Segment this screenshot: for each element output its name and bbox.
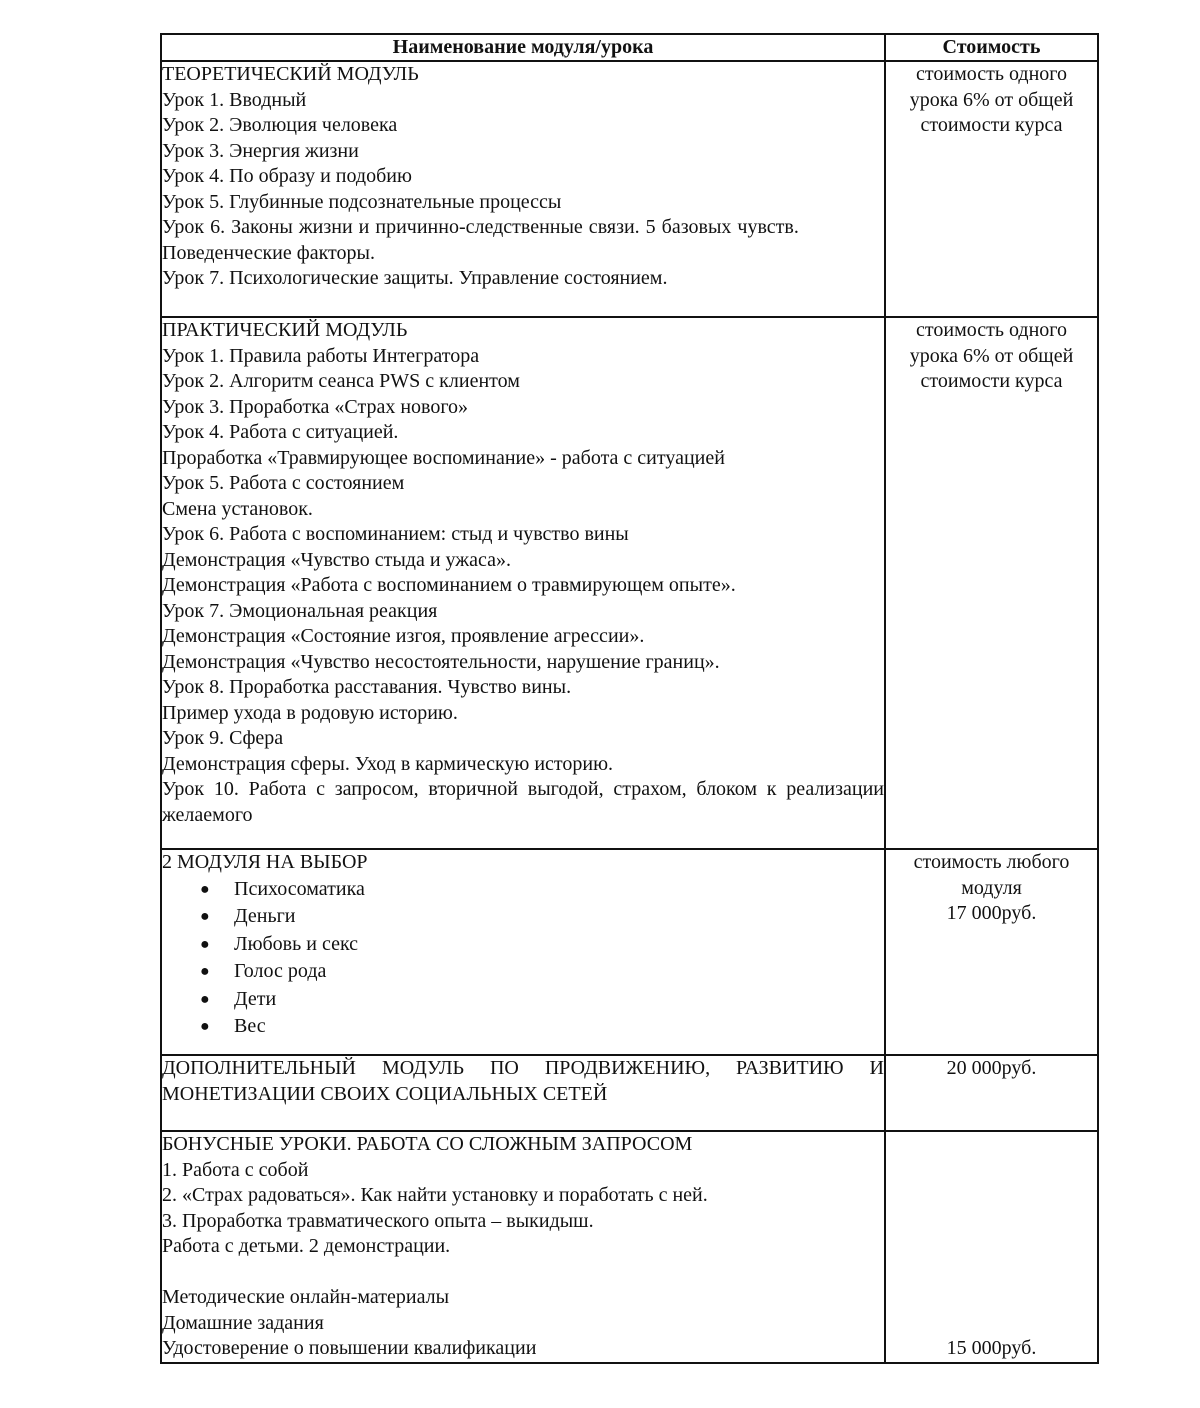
lesson-item: Урок 1. Правила работы Интегратора bbox=[162, 344, 884, 370]
practice-module-cell: ПРАКТИЧЕСКИЙ МОДУЛЬ Урок 1. Правила рабо… bbox=[161, 317, 885, 849]
extra-module-title: ДОПОЛНИТЕЛЬНЫЙ МОДУЛЬ ПО ПРОДВИЖЕНИЮ, РА… bbox=[162, 1056, 884, 1107]
lesson-item: Урок 7. Психологические защиты. Управлен… bbox=[162, 266, 884, 292]
lesson-item: Урок 3. Проработка «Страх нового» bbox=[162, 395, 884, 421]
extra-module-cell: ДОПОЛНИТЕЛЬНЫЙ МОДУЛЬ ПО ПРОДВИЖЕНИЮ, РА… bbox=[161, 1055, 885, 1131]
practice-price-cell: стоимость одного урока 6% от общей стоим… bbox=[885, 317, 1098, 849]
lesson-item: Пример ухода в родовую историю. bbox=[162, 701, 884, 727]
table-row-choice: 2 МОДУЛЯ НА ВЫБОР ●Психосоматика ●Деньги… bbox=[161, 849, 1098, 1055]
extra-price: 20 000руб. bbox=[886, 1056, 1097, 1082]
choice-module-cell: 2 МОДУЛЯ НА ВЫБОР ●Психосоматика ●Деньги… bbox=[161, 849, 885, 1055]
lesson-item: Урок 2. Эволюция человека bbox=[162, 113, 884, 139]
option-label: Голос рода bbox=[234, 958, 326, 986]
bonus-price-cell: 15 000руб. bbox=[885, 1131, 1098, 1363]
practice-module-title: ПРАКТИЧЕСКИЙ МОДУЛЬ bbox=[162, 318, 884, 344]
bullet-icon: ● bbox=[200, 958, 234, 986]
lesson-item: Урок 9. Сфера bbox=[162, 726, 884, 752]
header-cost: Стоимость bbox=[885, 34, 1098, 61]
bullet-icon: ● bbox=[200, 1013, 234, 1041]
option-label: Деньги bbox=[234, 903, 296, 931]
list-item: ●Вес bbox=[200, 1013, 884, 1041]
bullet-icon: ● bbox=[200, 903, 234, 931]
lesson-item: Урок 2. Алгоритм сеанса PWS с клиентом bbox=[162, 369, 884, 395]
lesson-item: Урок 7. Эмоциональная реакция bbox=[162, 599, 884, 625]
header-row: Наименование модуля/урока Стоимость bbox=[161, 34, 1098, 61]
option-label: Любовь и секс bbox=[234, 931, 358, 959]
header-module-name: Наименование модуля/урока bbox=[161, 34, 885, 61]
practice-price: стоимость одного урока 6% от общей стоим… bbox=[886, 318, 1097, 395]
lesson-item: 1. Работа с собой bbox=[162, 1158, 884, 1184]
lesson-item: Работа с детьми. 2 демонстрации. bbox=[162, 1234, 884, 1260]
bonus-extra-item: Домашние задания bbox=[162, 1311, 884, 1337]
bullet-icon: ● bbox=[200, 931, 234, 959]
option-label: Вес bbox=[234, 1013, 266, 1041]
lesson-item: Демонстрация сферы. Уход в кармическую и… bbox=[162, 752, 884, 778]
choice-module-title: 2 МОДУЛЯ НА ВЫБОР bbox=[162, 850, 884, 876]
bullet-icon: ● bbox=[200, 876, 234, 904]
list-item: ●Психосоматика bbox=[200, 876, 884, 904]
lesson-item: Урок 6. Законы жизни и причинно-следстве… bbox=[162, 215, 884, 241]
table-row-theory: ТЕОРЕТИЧЕСКИЙ МОДУЛЬ Урок 1. Вводный Уро… bbox=[161, 61, 1098, 317]
theory-module-cell: ТЕОРЕТИЧЕСКИЙ МОДУЛЬ Урок 1. Вводный Уро… bbox=[161, 61, 885, 317]
lesson-item: 2. «Страх радоваться». Как найти установ… bbox=[162, 1183, 884, 1209]
option-label: Психосоматика bbox=[234, 876, 365, 904]
bonus-module-title: БОНУСНЫЕ УРОКИ. РАБОТА СО СЛОЖНЫМ ЗАПРОС… bbox=[162, 1132, 884, 1158]
bullet-icon: ● bbox=[200, 986, 234, 1014]
list-item: ●Любовь и секс bbox=[200, 931, 884, 959]
bonus-extra-item: Удостоверение о повышении квалификации bbox=[162, 1336, 884, 1362]
table-row-practice: ПРАКТИЧЕСКИЙ МОДУЛЬ Урок 1. Правила рабо… bbox=[161, 317, 1098, 849]
lesson-item: Проработка «Травмирующее воспоминание» -… bbox=[162, 446, 884, 472]
lesson-item: Урок 5. Работа с состоянием bbox=[162, 471, 884, 497]
lesson-item: 3. Проработка травматического опыта – вы… bbox=[162, 1209, 884, 1235]
lesson-item: Урок 3. Энергия жизни bbox=[162, 139, 884, 165]
bonus-extra-item: Методические онлайн-материалы bbox=[162, 1285, 884, 1311]
choice-price-amount: 17 000руб. bbox=[886, 901, 1097, 927]
bonus-module-cell: БОНУСНЫЕ УРОКИ. РАБОТА СО СЛОЖНЫМ ЗАПРОС… bbox=[161, 1131, 885, 1363]
lesson-item: Поведенческие факторы. bbox=[162, 241, 884, 267]
lesson-item: Урок 4. Работа с ситуацией. bbox=[162, 420, 884, 446]
lesson-item: Демонстрация «Состояние изгоя, проявлени… bbox=[162, 624, 884, 650]
lesson-item: Урок 10. Работа с запросом, вторичной вы… bbox=[162, 777, 884, 828]
lesson-item: Урок 5. Глубинные подсознательные процес… bbox=[162, 190, 884, 216]
extra-price-cell: 20 000руб. bbox=[885, 1055, 1098, 1131]
choice-price-line: стоимость любого bbox=[886, 850, 1097, 876]
list-item: ●Дети bbox=[200, 986, 884, 1014]
lesson-item: Урок 4. По образу и подобию bbox=[162, 164, 884, 190]
bonus-price: 15 000руб. bbox=[886, 1336, 1097, 1362]
spacer bbox=[162, 1260, 884, 1286]
theory-module-title: ТЕОРЕТИЧЕСКИЙ МОДУЛЬ bbox=[162, 62, 884, 88]
table-row-bonus: БОНУСНЫЕ УРОКИ. РАБОТА СО СЛОЖНЫМ ЗАПРОС… bbox=[161, 1131, 1098, 1363]
lesson-item: Урок 1. Вводный bbox=[162, 88, 884, 114]
option-label: Дети bbox=[234, 986, 276, 1014]
list-item: ●Деньги bbox=[200, 903, 884, 931]
choice-options-list: ●Психосоматика ●Деньги ●Любовь и секс ●Г… bbox=[162, 876, 884, 1041]
choice-price-cell: стоимость любого модуля 17 000руб. bbox=[885, 849, 1098, 1055]
theory-price: стоимость одного урока 6% от общей стоим… bbox=[886, 62, 1097, 139]
price-table: Наименование модуля/урока Стоимость ТЕОР… bbox=[160, 33, 1099, 1364]
lesson-item: Демонстрация «Чувство несостоятельности,… bbox=[162, 650, 884, 676]
lesson-item: Демонстрация «Работа с воспоминанием о т… bbox=[162, 573, 884, 599]
lesson-item: Демонстрация «Чувство стыда и ужаса». bbox=[162, 548, 884, 574]
lesson-item: Урок 6. Работа с воспоминанием: стыд и ч… bbox=[162, 522, 884, 548]
table-row-extra: ДОПОЛНИТЕЛЬНЫЙ МОДУЛЬ ПО ПРОДВИЖЕНИЮ, РА… bbox=[161, 1055, 1098, 1131]
lesson-item: Смена установок. bbox=[162, 497, 884, 523]
theory-price-cell: стоимость одного урока 6% от общей стоим… bbox=[885, 61, 1098, 317]
choice-price-line: модуля bbox=[886, 876, 1097, 902]
list-item: ●Голос рода bbox=[200, 958, 884, 986]
lesson-item: Урок 8. Проработка расставания. Чувство … bbox=[162, 675, 884, 701]
